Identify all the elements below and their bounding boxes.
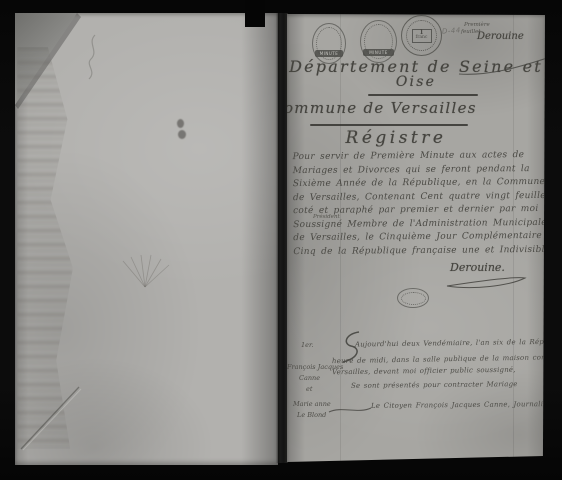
ink-spot <box>177 119 184 128</box>
binding-notch <box>245 0 265 27</box>
left-page <box>15 13 278 465</box>
signature-flourish <box>443 274 529 290</box>
corner-annotation-line1: Première <box>464 22 490 28</box>
ink-spot <box>178 130 186 139</box>
scanned-register-spread: MINUTE MINUTE 1 franc D-44 Première feui… <box>0 0 562 480</box>
stamp-minute-banner: MINUTE <box>363 49 394 56</box>
faint-pen-squiggle <box>77 33 107 83</box>
act-swash-line <box>327 404 373 414</box>
preamble-line: Cinq de la République française une et I… <box>293 244 545 260</box>
header-rule <box>368 94 478 96</box>
act-line: Le Citoyen François Jacques Canne, Journ… <box>371 400 551 410</box>
register-preamble: Pour servir de Première Minute aux actes… <box>293 150 546 260</box>
stamp-value-box: 1 franc <box>412 29 432 43</box>
act-margin-groom-surname: Canne <box>299 374 320 382</box>
interlinear-insertion: Président <box>313 214 340 220</box>
act-margin-et: et <box>306 385 312 393</box>
header-rule <box>310 124 468 126</box>
act-line: Versailles, devant moi officier public s… <box>332 366 516 377</box>
act-margin-bride-surname: Le Blond <box>297 411 326 419</box>
department-header-line2: Oise <box>287 74 545 90</box>
register-title: Régistre <box>267 128 525 148</box>
small-oval-control-stamp <box>397 288 429 308</box>
officer-signature: Derouine. <box>450 261 505 274</box>
stamp-inner-ring <box>401 292 426 305</box>
pencil-mark: D-44 <box>442 26 461 35</box>
act-line: Se sont présentés pour contracter Mariag… <box>351 380 518 390</box>
act-line: Aujourd'hui deux Vendémiaire, l'an six d… <box>355 337 562 348</box>
binding-gutter-shadow <box>276 13 288 463</box>
corner-annotation-name: Derouine <box>477 31 524 42</box>
bottom-fold-crease <box>19 381 83 451</box>
act-margin-bride-names: Marie anne <box>293 400 331 408</box>
stamp-minute-banner: MINUTE <box>315 50 343 57</box>
stamp-unit: franc <box>413 36 431 41</box>
right-page: MINUTE MINUTE 1 franc D-44 Première feui… <box>287 14 545 462</box>
fan-shaped-crease-mark <box>119 255 171 289</box>
revenue-stamp-one-franc: 1 franc <box>401 15 442 56</box>
act-number: 1er. <box>301 341 313 349</box>
act-line: heure de midi, dans la salle publique de… <box>332 353 562 365</box>
